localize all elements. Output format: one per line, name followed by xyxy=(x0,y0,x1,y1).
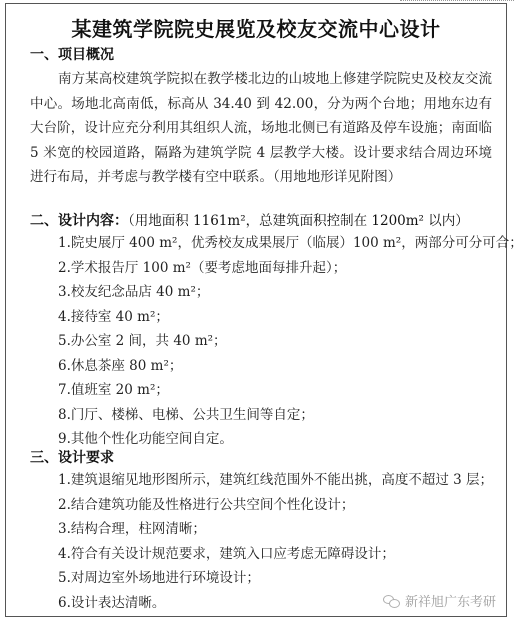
document-title: 某建筑学院院史展览及校友交流中心设计 xyxy=(6,13,506,42)
document-frame: 某建筑学院院史展览及校友交流中心设计 一、项目概况 南方某高校建筑学院拟在教学楼… xyxy=(5,3,507,617)
section-heading-overview: 一、项目概况 xyxy=(30,44,114,64)
list-item: 2.结合建筑功能及性格进行公共空间个性化设计； xyxy=(58,493,493,518)
list-item: 3.结构合理，柱网清晰； xyxy=(58,517,493,542)
list-item: 9.其他个性化功能空间自定。 xyxy=(58,427,514,452)
list-item: 8.门厅、楼梯、电梯、公共卫生间等自定； xyxy=(58,403,514,428)
watermark: 新祥旭广东考研 xyxy=(383,591,496,610)
section-heading-content: 二、设计内容：（用地面积 1161m²，总建筑面积控制在 1200m² 以内） xyxy=(30,209,469,230)
list-item: 1.院史展厅 400 m²，优秀校友成果展厅（临展）100 m²，两部分可分可合… xyxy=(58,231,514,256)
list-item: 3.校友纪念品店 40 m²； xyxy=(58,280,514,305)
watermark-text: 新祥旭广东考研 xyxy=(405,591,496,610)
list-item: 4.接待室 40 m²； xyxy=(58,305,514,330)
list-item: 5.办公室 2 间，共 40 m²； xyxy=(58,329,514,354)
list-item: 1.建筑退缩见地形图所示，建筑红线范围外不能出挑，高度不超过 3 层； xyxy=(58,468,493,493)
design-content-list: 1.院史展厅 400 m²，优秀校友成果展厅（临展）100 m²，两部分可分可合… xyxy=(58,231,514,452)
overview-paragraph: 南方某高校建筑学院拟在教学楼北边的山坡地上修建学院院史及校友交流中心。场地北高南… xyxy=(30,67,492,190)
list-item: 7.值班室 20 m²； xyxy=(58,378,514,403)
list-item: 5.对周边室外场地进行环境设计； xyxy=(58,566,493,591)
section-heading-requirements: 三、设计要求 xyxy=(30,447,114,467)
section-heading-content-label: 二、设计内容： xyxy=(30,213,128,229)
list-item: 2.学术报告厅 100 m²（要考虑地面每排升起）； xyxy=(58,256,514,281)
list-item: 4.符合有关设计规范要求，建筑入口应考虑无障碍设计； xyxy=(58,542,493,567)
list-item: 6.休息茶座 80 m²； xyxy=(58,354,514,379)
wechat-icon xyxy=(383,595,399,607)
section-heading-content-note: （用地面积 1161m²，总建筑面积控制在 1200m² 以内） xyxy=(128,213,469,229)
